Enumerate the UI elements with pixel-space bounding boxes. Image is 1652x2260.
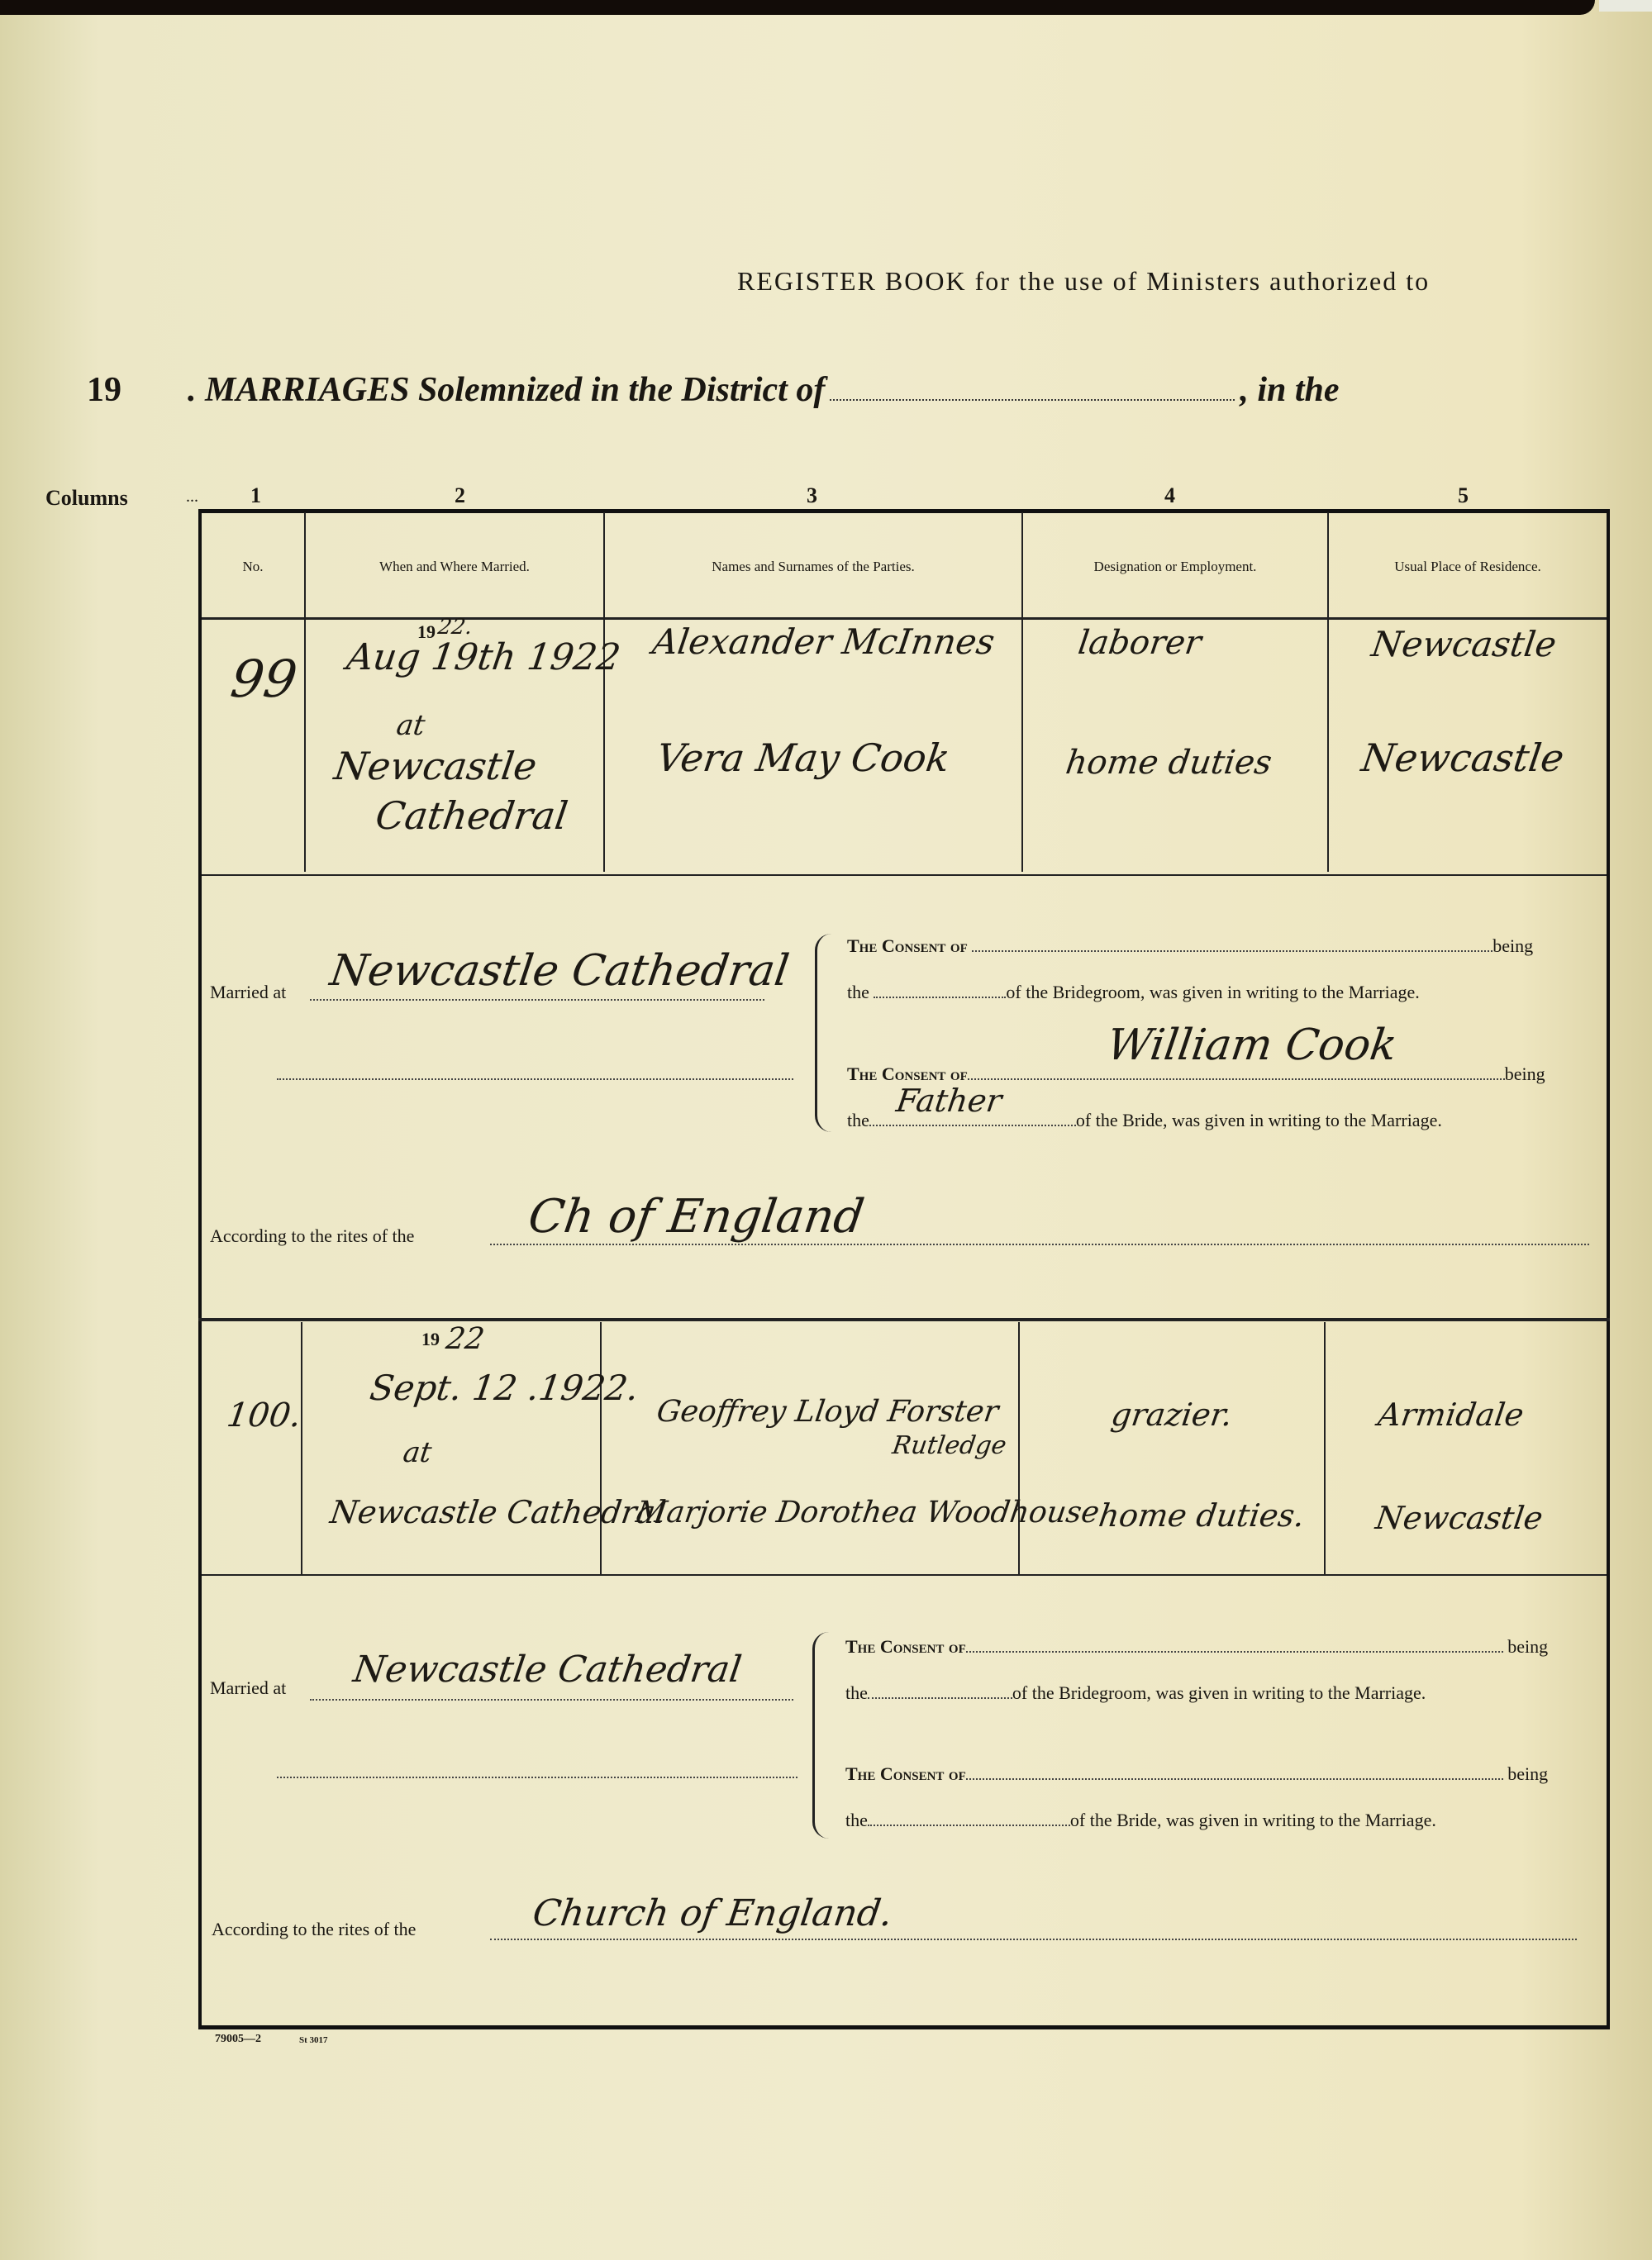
header-residence: Usual Place of Residence. bbox=[1329, 559, 1607, 575]
being-label: being bbox=[1507, 1763, 1548, 1784]
bridegroom-relation-row: theof the Bridegroom, was given in writi… bbox=[845, 1682, 1426, 1704]
place-line-1: Newcastle Cathedral bbox=[328, 1494, 668, 1530]
the-label: the bbox=[847, 982, 869, 1002]
rites-line bbox=[490, 1939, 1577, 1940]
bride-suffix: of the Bride, was given in writing to th… bbox=[1076, 1110, 1442, 1130]
the-label: the bbox=[845, 1810, 868, 1830]
groom-residence: Armidale bbox=[1376, 1396, 1526, 1433]
background-gap bbox=[1599, 0, 1652, 12]
entry-number: 99 bbox=[227, 649, 301, 709]
married-at-label: Married at bbox=[210, 982, 286, 1003]
column-number-5: 5 bbox=[1458, 483, 1469, 508]
in-the: , in the bbox=[1240, 371, 1339, 409]
register-title: REGISTER BOOK for the use of Ministers a… bbox=[737, 266, 1430, 297]
groom-name: Geoffrey Lloyd Forster bbox=[655, 1395, 1001, 1429]
place-line-2: Cathedral bbox=[373, 793, 570, 838]
being-label: being bbox=[1505, 1063, 1545, 1084]
groom-name-cont: Rutledge bbox=[891, 1431, 1008, 1460]
groom-employment: grazier. bbox=[1109, 1396, 1235, 1433]
bride-relation-field bbox=[869, 1125, 1076, 1126]
consent-bride-row: The Consent of being bbox=[845, 1763, 1548, 1785]
married-at-line-2 bbox=[277, 1078, 793, 1080]
consent-brace bbox=[812, 1632, 830, 1839]
header-divider bbox=[202, 617, 1607, 620]
married-at-line-2 bbox=[277, 1777, 797, 1778]
consent-groom-row: The Consent of being bbox=[845, 1636, 1548, 1658]
entry-separator bbox=[198, 1318, 1610, 1321]
column-number-4: 4 bbox=[1164, 483, 1175, 508]
bride-name: Vera May Cook bbox=[654, 735, 952, 780]
bride-relation-row: theof the Bride, was given in writing to… bbox=[845, 1810, 1436, 1831]
at-word: at bbox=[401, 1436, 434, 1469]
consent-groom-name-field bbox=[972, 950, 1493, 952]
bride-name: Marjorie Dorothea Woodhouse bbox=[634, 1496, 1102, 1530]
consent-bride-label: The Consent of bbox=[847, 1063, 968, 1084]
column-number-3: 3 bbox=[807, 483, 817, 508]
consent-groom-label: The Consent of bbox=[847, 935, 968, 956]
bride-residence: Newcastle bbox=[1373, 1500, 1545, 1536]
consent-bride-relation: Father bbox=[894, 1082, 1004, 1119]
the-label: the bbox=[845, 1682, 868, 1703]
rites-label: According to the rites of the bbox=[210, 1225, 414, 1247]
bride-suffix: of the Bride, was given in writing to th… bbox=[1070, 1810, 1436, 1830]
year-prefix: 19 bbox=[87, 371, 121, 409]
marriage-date: Aug 19th 1922 bbox=[344, 636, 622, 678]
entry-number: 100. bbox=[225, 1396, 304, 1435]
book-spine-edge bbox=[0, 0, 1595, 15]
consent-brace bbox=[815, 934, 832, 1132]
marriages-line: . MARRIAGES Solemnized in the District o… bbox=[188, 371, 825, 409]
bride-employment: home duties. bbox=[1097, 1497, 1307, 1534]
year-hand: 22 bbox=[444, 1322, 487, 1356]
married-at-line bbox=[310, 999, 764, 1001]
columns-dots: ... bbox=[186, 488, 198, 507]
married-at-value: Newcastle Cathedral bbox=[350, 1649, 744, 1691]
district-blank bbox=[830, 399, 1235, 401]
entry-divider bbox=[202, 1574, 1607, 1576]
bride-relation-field bbox=[868, 1825, 1070, 1826]
consent-groom-label: The Consent of bbox=[845, 1636, 966, 1657]
consent-bride-name: William Cook bbox=[1104, 1021, 1400, 1070]
bridegroom-suffix: of the Bridegroom, was given in writing … bbox=[1012, 1682, 1426, 1703]
column-number-1: 1 bbox=[250, 483, 261, 508]
header-names: Names and Surnames of the Parties. bbox=[605, 559, 1021, 575]
column-number-2: 2 bbox=[455, 483, 465, 508]
bride-residence: Newcastle bbox=[1359, 735, 1567, 780]
rites-value: Ch of England bbox=[525, 1190, 867, 1244]
header-no: No. bbox=[202, 559, 304, 575]
header-designation: Designation or Employment. bbox=[1023, 559, 1327, 575]
column-divider bbox=[1324, 1322, 1326, 1574]
bridegroom-relation-field bbox=[868, 1697, 1012, 1699]
at-word: at bbox=[394, 709, 427, 742]
place-line-1: Newcastle bbox=[331, 744, 540, 788]
marriage-date: Sept. 12 .1922. bbox=[368, 1368, 641, 1408]
groom-employment: laborer bbox=[1076, 624, 1204, 662]
consent-bride-name-field bbox=[968, 1078, 1505, 1080]
being-label: being bbox=[1493, 935, 1533, 956]
year-print: 19 bbox=[421, 1329, 440, 1350]
header-when-where: When and Where Married. bbox=[306, 559, 603, 575]
being-label: being bbox=[1507, 1636, 1548, 1657]
married-at-label: Married at bbox=[210, 1677, 286, 1699]
consent-groom-row: The Consent of being bbox=[847, 935, 1533, 957]
the-label: the bbox=[847, 1110, 869, 1130]
stock-number: St 3017 bbox=[299, 2035, 328, 2045]
consent-groom-name-field bbox=[966, 1651, 1503, 1653]
bridegroom-suffix: of the Bridegroom, was given in writing … bbox=[1006, 982, 1419, 1002]
entry-divider bbox=[202, 874, 1607, 876]
form-number: 79005—2 bbox=[215, 2033, 261, 2046]
groom-residence: Newcastle bbox=[1369, 624, 1559, 664]
consent-bride-name-field bbox=[966, 1778, 1503, 1780]
married-at-line bbox=[310, 1699, 793, 1701]
bridegroom-relation-field bbox=[874, 997, 1006, 998]
rites-value: Church of England. bbox=[530, 1892, 895, 1934]
column-divider bbox=[600, 1322, 602, 1574]
consent-bride-label: The Consent of bbox=[845, 1763, 966, 1784]
bride-employment: home duties bbox=[1064, 744, 1274, 782]
marriages-heading: 19. MARRIAGES Solemnized in the District… bbox=[87, 370, 1340, 410]
column-divider bbox=[301, 1322, 302, 1574]
rites-label: According to the rites of the bbox=[212, 1919, 416, 1940]
columns-label: Columns bbox=[45, 486, 128, 511]
bridegroom-relation-row: the of the Bridegroom, was given in writ… bbox=[847, 982, 1420, 1003]
married-at-value: Newcastle Cathedral bbox=[327, 946, 793, 996]
rites-line bbox=[490, 1244, 1589, 1245]
column-divider bbox=[1018, 1322, 1020, 1574]
groom-name: Alexander McInnes bbox=[650, 621, 997, 662]
